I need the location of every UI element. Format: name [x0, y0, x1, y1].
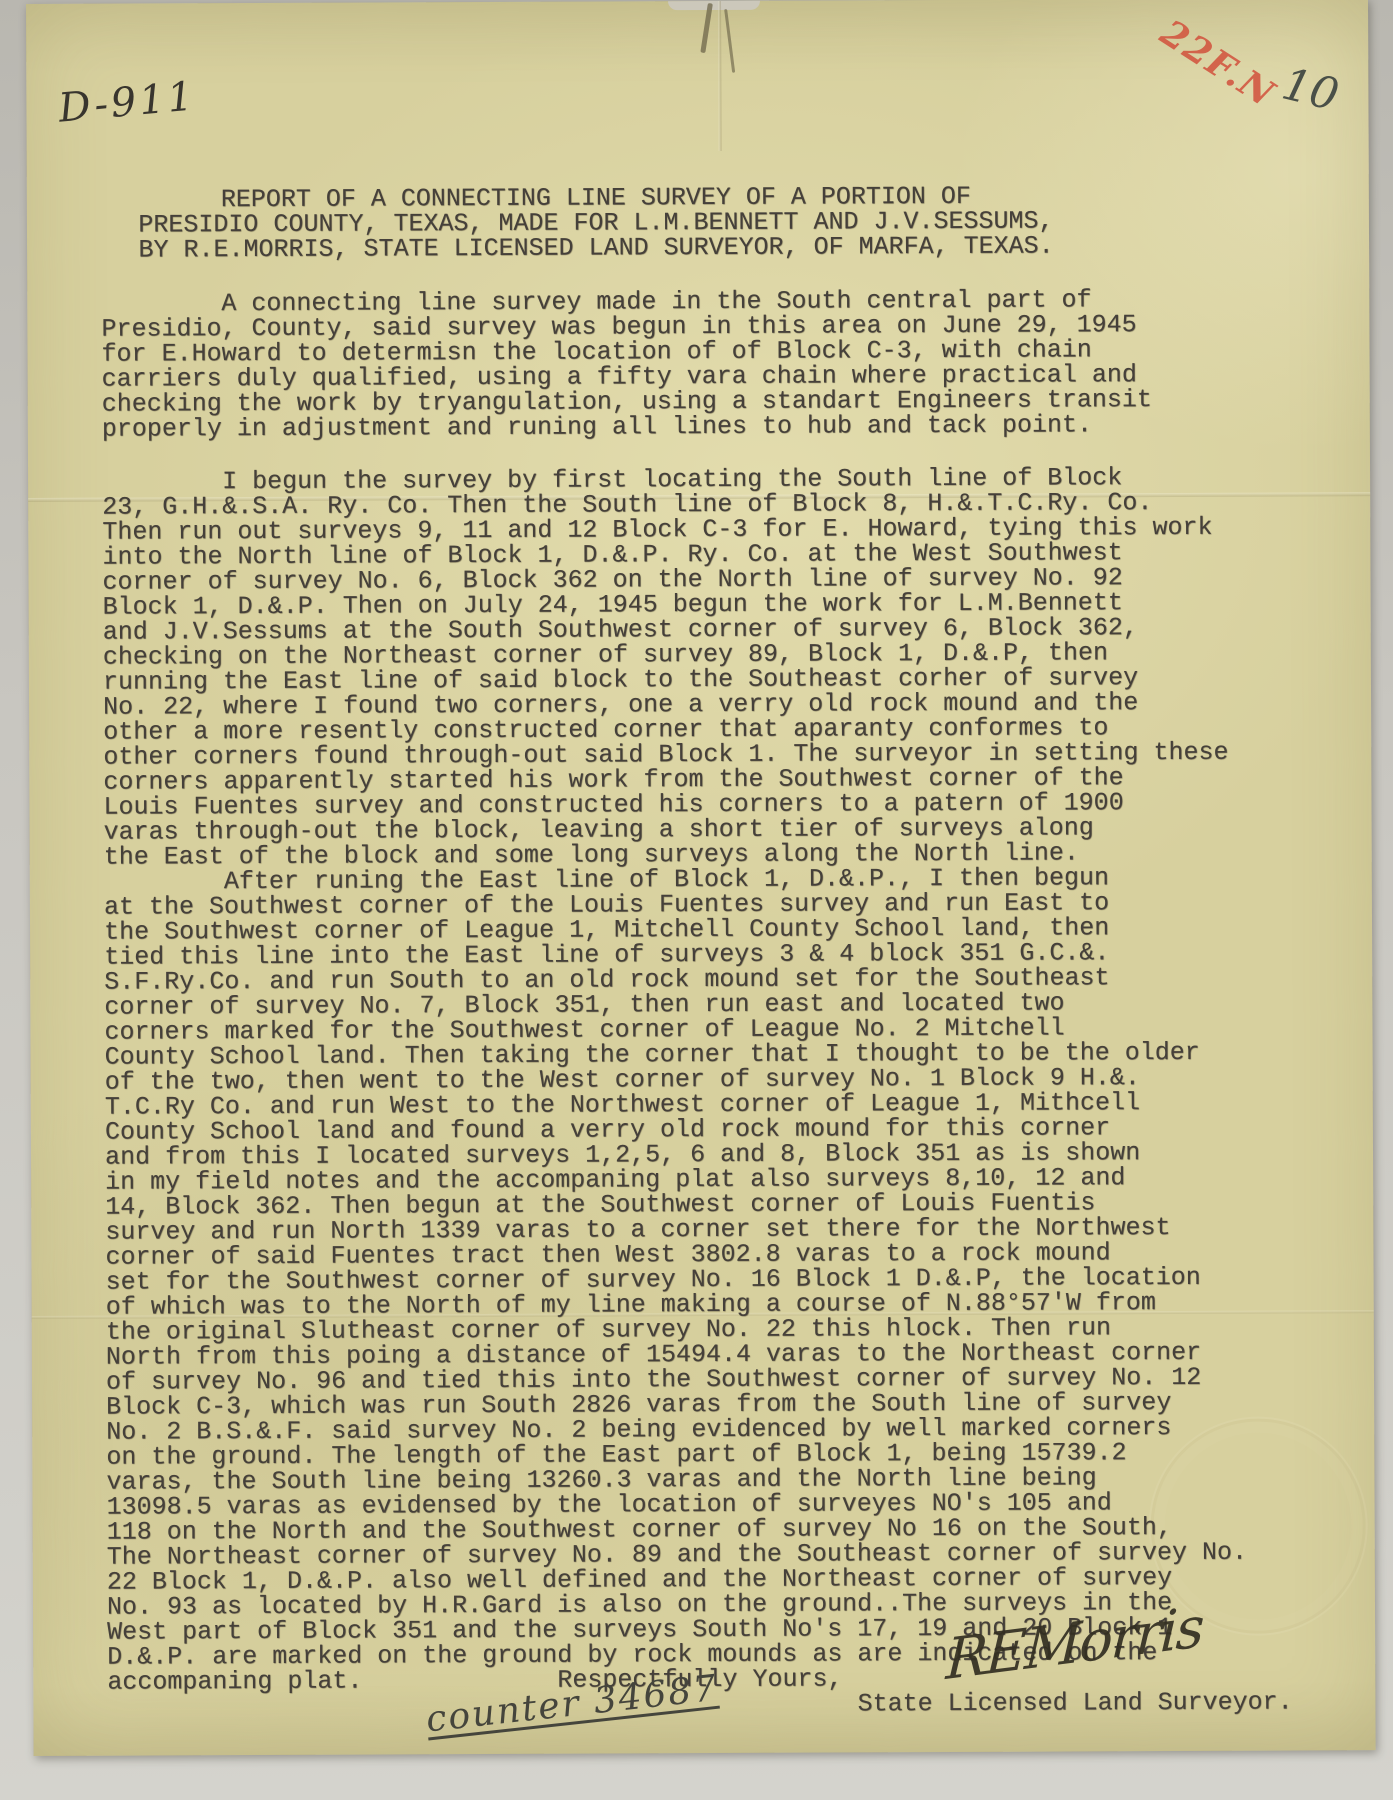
red-ink-annotation: 22F.N	[1153, 12, 1283, 116]
scan-background: { "document": { "handwritten": { "file_n…	[0, 0, 1393, 1800]
paper-tear	[724, 9, 735, 73]
opening-paragraph: A connecting line survey made in the Sou…	[101, 287, 1152, 442]
file-number-annotation: D-911	[57, 73, 198, 131]
report-body: I begun the survey by first locating the…	[102, 465, 1293, 1720]
fold-crease	[718, 1, 722, 151]
report-title: REPORT OF A CONNECTING LINE SURVEY OF A …	[101, 183, 1091, 262]
page-number-annotation: 10	[1277, 58, 1344, 121]
paper-tear	[700, 3, 713, 53]
document-page: D-911 22F.N 10 REPORT OF A CONNECTING LI…	[26, 0, 1376, 1756]
paper-notch	[668, 1, 760, 10]
